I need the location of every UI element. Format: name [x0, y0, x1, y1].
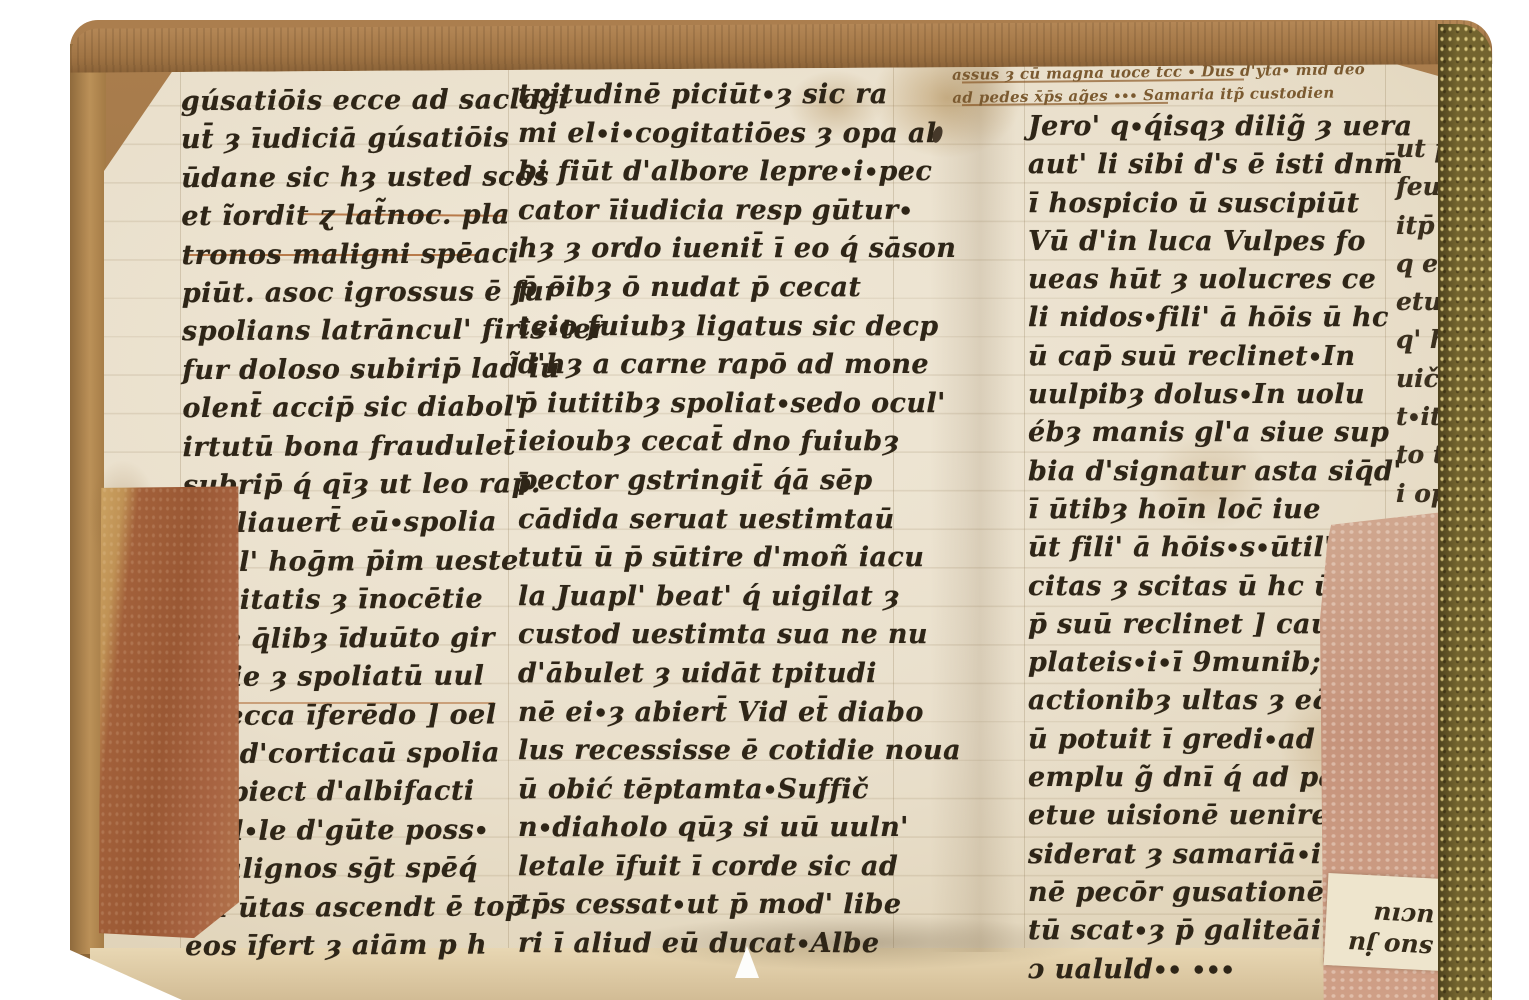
manuscript-line: ueas hūt ȝ uolucres ce — [1028, 261, 1412, 299]
manuscript-line: cator īiudicia resp gūtur∙ — [518, 192, 961, 231]
manuscript-line: Jero' q∙q́isqȝ dilig̃ ȝ uera — [1028, 108, 1412, 146]
manuscript-line: tp̄s cessat∙ut p̄ mod' libe — [518, 886, 961, 925]
manuscript-line: ébȝ manis gl'a siue sup — [1028, 414, 1412, 452]
manuscript-line: pector gstringit̄ q́ā sēp — [518, 462, 961, 501]
manuscript-line: bi fiūt d'albore lepre∙i∙pec — [518, 153, 961, 192]
manuscript-line: ri ī aliud eū ducat∙Albe — [518, 925, 961, 964]
manuscript-line: li nidos∙fili' ā hōis ū hc — [1028, 299, 1412, 337]
manuscript-line: Vū d'in luca Vulpes fo — [1028, 223, 1412, 261]
slip-line: suo ju — [1324, 928, 1433, 965]
manuscript-line: cādida seruat uestimtaū — [518, 501, 961, 540]
manuscript-line: nē ei∙ȝ abiert̄ Vid et̄ diabo — [518, 694, 961, 733]
leather-edge-right — [1438, 24, 1492, 1000]
manuscript-line: lus recessisse ē cotidie noua — [518, 732, 961, 771]
slip-line: ucıu — [1326, 897, 1435, 934]
center-text-column: tpitudinē piciūt∙ȝ sic rami el∙i∙cogitat… — [518, 76, 961, 964]
manuscript-photo: ∙—∙p∙∙∙ ∙∙mg∙∙∙ qe sequit∙ ut ∙ cū uul h… — [0, 0, 1529, 1000]
manuscript-line: tpitudinē piciūt∙ȝ sic ra — [518, 76, 961, 115]
manuscript-line: n∙diaholo qūȝ si uū uuln' — [518, 809, 961, 848]
manuscript-line: d'ābulet ȝ uidāt tpitudi — [518, 655, 961, 694]
manuscript-line: bia d'signatur asta siq̄d' — [1028, 453, 1412, 491]
parchment-slip: suo juucıu — [1324, 873, 1447, 971]
manuscript-line: mi el∙i∙cogitatiōes ȝ opa al — [518, 115, 961, 154]
manuscript-line: letale īfuit ī corde sic ad — [518, 848, 961, 887]
red-leather-strap-left — [99, 486, 241, 939]
manuscript-line: la Juapl' beat' q́ uigilat ȝ — [518, 578, 961, 617]
manuscript-line: p̄ iutitibȝ spoliat∙sedo ocul' — [518, 385, 961, 424]
manuscript-line: tutū ū p̄ sūtire d'moñ iacu — [518, 539, 961, 578]
manuscript-line: teio fuiubȝ ligatus sic decp — [518, 308, 961, 347]
manuscript-line: ū cap̄ suū reclinet∙In — [1028, 338, 1412, 376]
manuscript-line: d'hȝ a carne rapō ad mone — [518, 346, 961, 385]
manuscript-line: custod uestimta sua ne nu — [518, 616, 961, 655]
manuscript-line: ū obić tēptamta∙Suffič — [518, 771, 961, 810]
manuscript-line: ī hospicio ū suscipiūt — [1028, 185, 1412, 223]
leather-band-top — [70, 20, 1492, 73]
manuscript-line: hȝ ȝ ordo iuenit̄ ī eo q́ sāson — [518, 230, 961, 269]
manuscript-line: p̄ ōibȝ ō nudat p̄ cecat — [518, 269, 961, 308]
manuscript-line: uulpibȝ dolus∙In uolu — [1028, 376, 1412, 414]
manuscript-line: ieioubȝ cecat̄ dno fuiubȝ — [518, 423, 961, 462]
manuscript-line: aut' li sibi d's ē isti dnm̄ — [1028, 146, 1412, 184]
